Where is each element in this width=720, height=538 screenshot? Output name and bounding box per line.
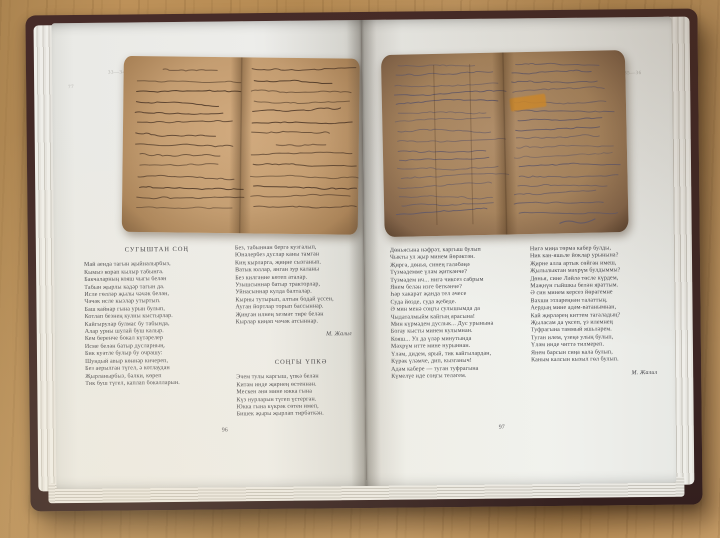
page-edges-bottom [48,477,684,504]
page-number: 97 [499,425,505,431]
poem-line: Түзмәдемме үләм җиткәнче? [390,269,528,278]
poem-line: Күрәк үләмче, дип, кызганыч! [391,357,529,366]
poem-line: Без, табыннан бергә кузгалып, [235,244,365,253]
poem-line: Ник кан-яшьле йоклар урынына? [530,252,670,261]
author-signature: М. Жалил [236,331,366,340]
poem-title: СОҢГЫ ҮПКӘ [236,358,366,367]
poem-line: Үләм, дидем, ярый, тик кайгылардан, [391,350,529,359]
open-book: 77 33—34 СУГЫШТАН СОҢ Май аенда тагын җы… [25,8,702,511]
manuscript-facsimile-photo-right [381,50,629,237]
poem-line: Чыкты ул җыр минем йөрәктән. [390,254,528,263]
poem-line: Котлап безнең кулны кыстырлар. [85,313,231,322]
manuscript-paper [381,50,629,237]
poem-line: Чәчәк исле кызлар утыртып. [84,298,230,307]
poem-line: Киң кырларга, җиңне сызганып. [235,259,365,268]
poem-line: Дөнья, сине Ләйлә төсле күрдем, [530,274,670,283]
poem-stanza: Май аенда тагын җыйналырбыз,Кымыз корап … [84,261,231,388]
poem-line: Ватык юллар, янган зур каланы [235,266,365,275]
poem-line: Чыдаталмыйм кайгың ярасына! [391,313,529,322]
poem-column: СУГЫШТАН СОҢ Май аенда тагын җыйналырбыз… [84,245,231,388]
poem-line: Түзмәдем ич... нигә чиксез сабрым [390,276,528,285]
manuscript-paper [122,56,360,235]
poem-line: Мәҗнүн гыйшкы белән яраттым. [530,282,670,291]
poem-line: Кымыз корап кылыр табынга. [84,268,230,277]
poem-line: Кырлар киңәп чәчәк атсыннар. [236,318,366,327]
manuscript-number-label: 35—36 [624,71,642,76]
poem-column: Дөньясына нәфрәт, каргыш булыпЧыкты ул җ… [390,246,529,381]
poem-line: Аердың мине адәм-ватанымнан, [530,304,670,313]
poem-line: Нигә миңа төрмә кабер булды, [530,245,670,254]
poem-line: Янем барсын сиңа кала булып, [531,348,671,357]
manuscript-number-label: 33—34 [108,70,126,75]
poem-line: Туган илем, үзеңә улың булып, [531,334,671,343]
poem-line: Юнәлербез дуслар каны тамган [235,251,365,260]
poem-column: Без, табыннан бергә кузгалып,Юнәлербез д… [235,244,367,419]
poem-line: Бишек җыры җырлап тирбәткән. [237,410,367,419]
photo-of-open-book-on-wooden-table: 77 33—34 СУГЫШТАН СОҢ Май аенда тагын җы… [0,0,720,538]
poem-line: Баш кайнар гына урын булып, [84,305,230,314]
poem-title: СУГЫШТАН СОҢ [84,245,230,254]
poem-line: Җылылыктан мәхрүм булдыммы? [530,267,670,276]
paper-crease [469,64,473,224]
page-edges-left [34,25,65,491]
book-gutter-shadow [346,20,381,486]
poem-line: Без аерылган түгел, ә котлаудан [85,364,231,373]
notebook-gutter-shadow [492,52,518,234]
handwriting-scribbles [122,56,360,235]
poem-line: Исле гөлләр җылы чәчәк белән, [84,290,230,299]
poem-line: Җиргә, дөнья, синең галәбәңә [390,261,528,270]
poem-line: Туфрагына таммый яшьләрем. [531,326,671,335]
poem-line: Мескен әни мине юкка гына [236,388,366,397]
poem-line: Узышсыннар батыр тракторлар, [235,281,365,290]
poem-line: Ә син минем керсез йөрәгемне [530,289,670,298]
left-page: 77 33—34 СУГЫШТАН СОҢ Май аенда тагын җы… [52,20,367,489]
poem-line: Һәр хакарәт җанда тел әчесе [390,291,528,300]
poem-line: Уйнасыннар кулда балталар. [235,288,365,297]
paper-crease [433,65,437,225]
poem-line: Кырны тутырып, алтын бодай үссен, [235,296,365,305]
poem-line: Бакчаларның кояш чыгы белән [84,276,230,285]
poem-stanza: Нигә миңа төрмә кабер булды,Ник кан-яшьл… [530,245,671,365]
poem-line: Күз нурларын түгеп үстергән. [236,395,366,404]
poem-stanza: Эчем тулы каргыш, үпкә беләнКитәм инде җ… [236,373,366,419]
poem-line: Кем беренче бокал күтәрелер [85,335,231,344]
poem-line: Мин күрмәдем дуслык... Дус урынына [391,320,529,329]
book-cover [25,8,702,511]
poem-line: Адәм кабере — туган туфрагына [391,365,529,374]
poem-line: Мәхрүм итте мине нурыннан. [391,343,529,352]
page-edges-right [663,17,694,485]
poem-line: Ә мин менә соңгы сулышымда да [390,306,528,315]
poem-line: Җыласам да үксеп, үз илемнең [531,319,671,328]
poem-line: Кай җирләрең киттем тагаладың? [531,311,671,320]
right-page: 35—36 Дөньясына нәфрәт, каргыш булыпЧыкт… [361,17,676,486]
poem-line: Исме белән батыр дусларның. [85,342,231,351]
poem-line: Табын җырлы кадәр тагын да. [84,283,230,292]
orange-ink-stamp [509,94,546,112]
poem-column: Нигә миңа төрмә кабер булды,Ник кан-яшьл… [530,245,671,378]
open-spread: 77 33—34 СУГЫШТАН СОҢ Май аенда тагын җы… [52,17,677,489]
poem-line: Үләм инде читтә тилмереп. [531,341,671,350]
poem-stanza: Дөньясына нәфрәт, каргыш булыпЧыкты ул җ… [390,246,529,381]
poem-line: Шундый авыр көннәр кичереп, [85,357,231,366]
poem-line: Җырланырбыз, бәлки, көреп [85,372,231,381]
poem-line: Кайгырулар булмас бу табында, [85,320,231,329]
author-signature: М. Жалил [531,369,671,378]
poem-line: Күмелүе иде соңгы теләгем. [391,372,529,381]
poem-line: Ауган йортлар торып бассыннар. [235,303,365,312]
poem-line: Китәм инде җирнең өстеннән. [236,381,366,390]
poem-line: Җиңгән илнең хезмәт тире белән [236,311,366,320]
poem-line: Тик буш түгел, каплап бокалларын. [85,379,231,388]
poem-line: Янем белән изге беткәнче? [390,283,528,292]
poem-line: Каным калсын кызыл гөл булып. [531,356,671,365]
poem-line: Дөньясына нәфрәт, каргыш булып [390,246,528,255]
poem-line: Богау кысты минем кулымнан. [391,328,529,337]
poem-line: Юкка гына күкрәк сөтен имеп, [237,403,367,412]
poem-stanza: Без, табыннан бергә кузгалып,Юнәлербез д… [235,244,366,327]
poem-line: Җирне алла артык сөйгән имеш, [530,260,670,269]
poem-line: Без килгәнне көтеп аталар. [235,274,365,283]
notebook-gutter-shadow [229,57,253,233]
poem-line: Алар урны шулай буш калыр. [85,327,231,336]
manuscript-facsimile-photo-left [122,56,360,235]
handwriting-scribbles [381,50,629,237]
page-number: 96 [222,427,228,433]
poem-line: Вәхши этләреңнән талаттың. [530,297,670,306]
poem-line: Кояш... Ул да үләр минутында [391,335,529,344]
poem-line: Бик куәтле булыр бу очрашу: [85,350,231,359]
poem-line: Суда йөзде, суда җебеде. [390,298,528,307]
manuscript-number-label: 77 [68,85,74,90]
poem-line: Эчем тулы каргыш, үпкә белән [236,373,366,382]
poem-line: Май аенда тагын җыйналырбыз, [84,261,230,270]
